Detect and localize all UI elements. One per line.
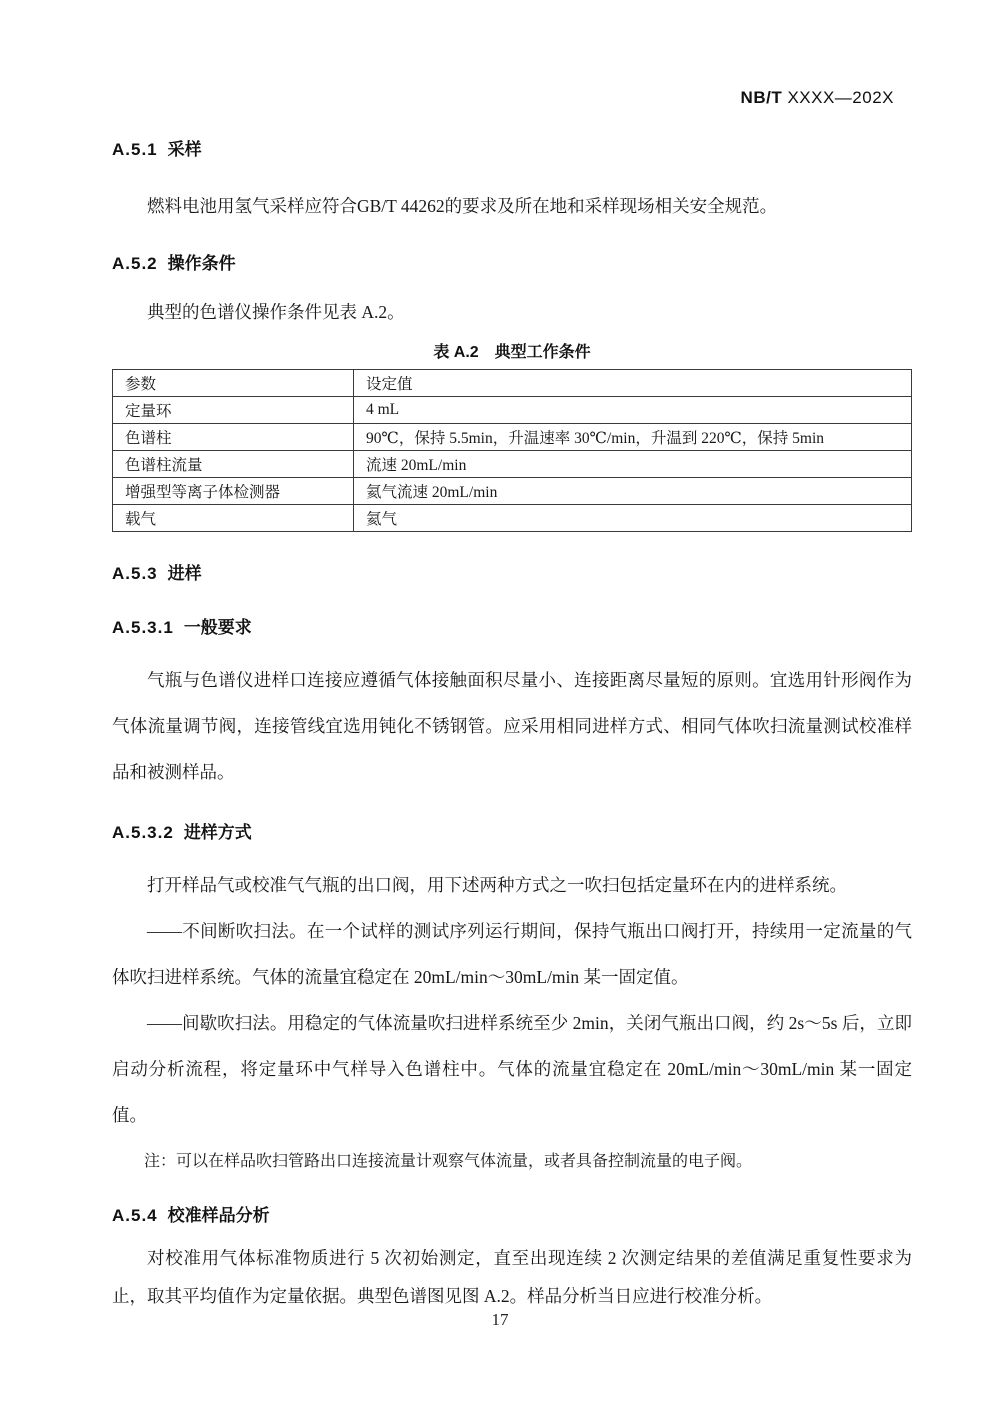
table-cell-value: 90℃，保持 5.5min，升温速率 30℃/min，升温到 220℃，保持 5… (354, 424, 912, 451)
heading-number: A.5.3.1 (112, 618, 174, 637)
table-cell-value: 氦气流速 20mL/min (354, 478, 912, 505)
standard-code-prefix: NB/T (741, 88, 783, 107)
heading-a-5-3: A.5.3进样 (112, 562, 912, 586)
heading-title: 采样 (168, 140, 202, 159)
standard-code-suffix: XXXX—202X (782, 88, 894, 107)
table-a2-typical-working-conditions: 参数 设定值 定量环 4 mL 色谱柱 90℃，保持 5.5min，升温速率 3… (112, 369, 912, 532)
paragraph-operating-conditions-ref: 典型的色谱仪操作条件见表 A.2。 (112, 289, 912, 335)
heading-a-5-3-1: A.5.3.1一般要求 (112, 616, 912, 640)
table-caption-title: 典型工作条件 (495, 344, 591, 361)
page-content: NB/T XXXX—202X A.5.1采样 燃料电池用氢气采样应符合GB/T … (0, 0, 1000, 1315)
heading-number: A.5.3 (112, 564, 158, 583)
list-item-continuous-purge: ——不间断吹扫法。在一个试样的测试序列运行期间，保持气瓶出口阀打开，持续用一定流… (112, 908, 912, 1000)
table-cell-parameter: 定量环 (113, 397, 354, 424)
table-a2-caption: 表 A.2典型工作条件 (112, 342, 912, 364)
table-row: 色谱柱 90℃，保持 5.5min，升温速率 30℃/min，升温到 220℃，… (113, 424, 912, 451)
heading-a-5-2: A.5.2操作条件 (112, 252, 912, 276)
heading-title: 操作条件 (168, 254, 236, 273)
table-cell-parameter: 增强型等离子体检测器 (113, 478, 354, 505)
table-row: 定量环 4 mL (113, 397, 912, 424)
standard-code-header: NB/T XXXX—202X (112, 86, 912, 110)
page-number: 17 (0, 1310, 1000, 1330)
heading-a-5-3-2: A.5.3.2进样方式 (112, 821, 912, 845)
paragraph-general-requirements: 气瓶与色谱仪进样口连接应遵循气体接触面积尽量小、连接距离尽量短的原则。宜选用针形… (112, 657, 912, 795)
table-cell-value: 流速 20mL/min (354, 451, 912, 478)
heading-a-5-1: A.5.1采样 (112, 138, 912, 162)
heading-number: A.5.1 (112, 140, 158, 159)
table-header-setvalue: 设定值 (354, 370, 912, 397)
heading-title: 一般要求 (184, 618, 252, 637)
table-caption-label: 表 A.2 (433, 344, 478, 361)
heading-title: 进样方式 (184, 823, 252, 842)
table-cell-parameter: 载气 (113, 505, 354, 532)
heading-a-5-4: A.5.4校准样品分析 (112, 1204, 912, 1228)
table-header-parameter: 参数 (113, 370, 354, 397)
paragraph-sampling-requirement: 燃料电池用氢气采样应符合GB/T 44262的要求及所在地和采样现场相关安全规范… (112, 183, 912, 229)
heading-number: A.5.4 (112, 1206, 158, 1225)
table-cell-value: 氦气 (354, 505, 912, 532)
heading-title: 进样 (168, 564, 202, 583)
heading-number: A.5.3.2 (112, 823, 174, 842)
table-row: 载气 氦气 (113, 505, 912, 532)
paragraph-calibration-sample-analysis: 对校准用气体标准物质进行 5 次初始测定，直至出现连续 2 次测定结果的差值满足… (112, 1239, 912, 1315)
document-page: NB/T XXXX—202X A.5.1采样 燃料电池用氢气采样应符合GB/T … (0, 0, 1000, 1415)
list-item-intermittent-purge: ——间歇吹扫法。用稳定的气体流量吹扫进样系统至少 2min，关闭气瓶出口阀，约 … (112, 1000, 912, 1138)
heading-number: A.5.2 (112, 254, 158, 273)
table-row: 增强型等离子体检测器 氦气流速 20mL/min (113, 478, 912, 505)
table-cell-parameter: 色谱柱流量 (113, 451, 354, 478)
table-header-row: 参数 设定值 (113, 370, 912, 397)
table-cell-value: 4 mL (354, 397, 912, 424)
heading-title: 校准样品分析 (168, 1206, 270, 1225)
note-flow-meter: 注：可以在样品吹扫管路出口连接流量计观察气体流量，或者具备控制流量的电子阀。 (112, 1142, 912, 1182)
paragraph-injection-method-intro: 打开样品气或校准气气瓶的出口阀，用下述两种方式之一吹扫包括定量环在内的进样系统。 (112, 862, 912, 908)
table-row: 色谱柱流量 流速 20mL/min (113, 451, 912, 478)
table-cell-parameter: 色谱柱 (113, 424, 354, 451)
